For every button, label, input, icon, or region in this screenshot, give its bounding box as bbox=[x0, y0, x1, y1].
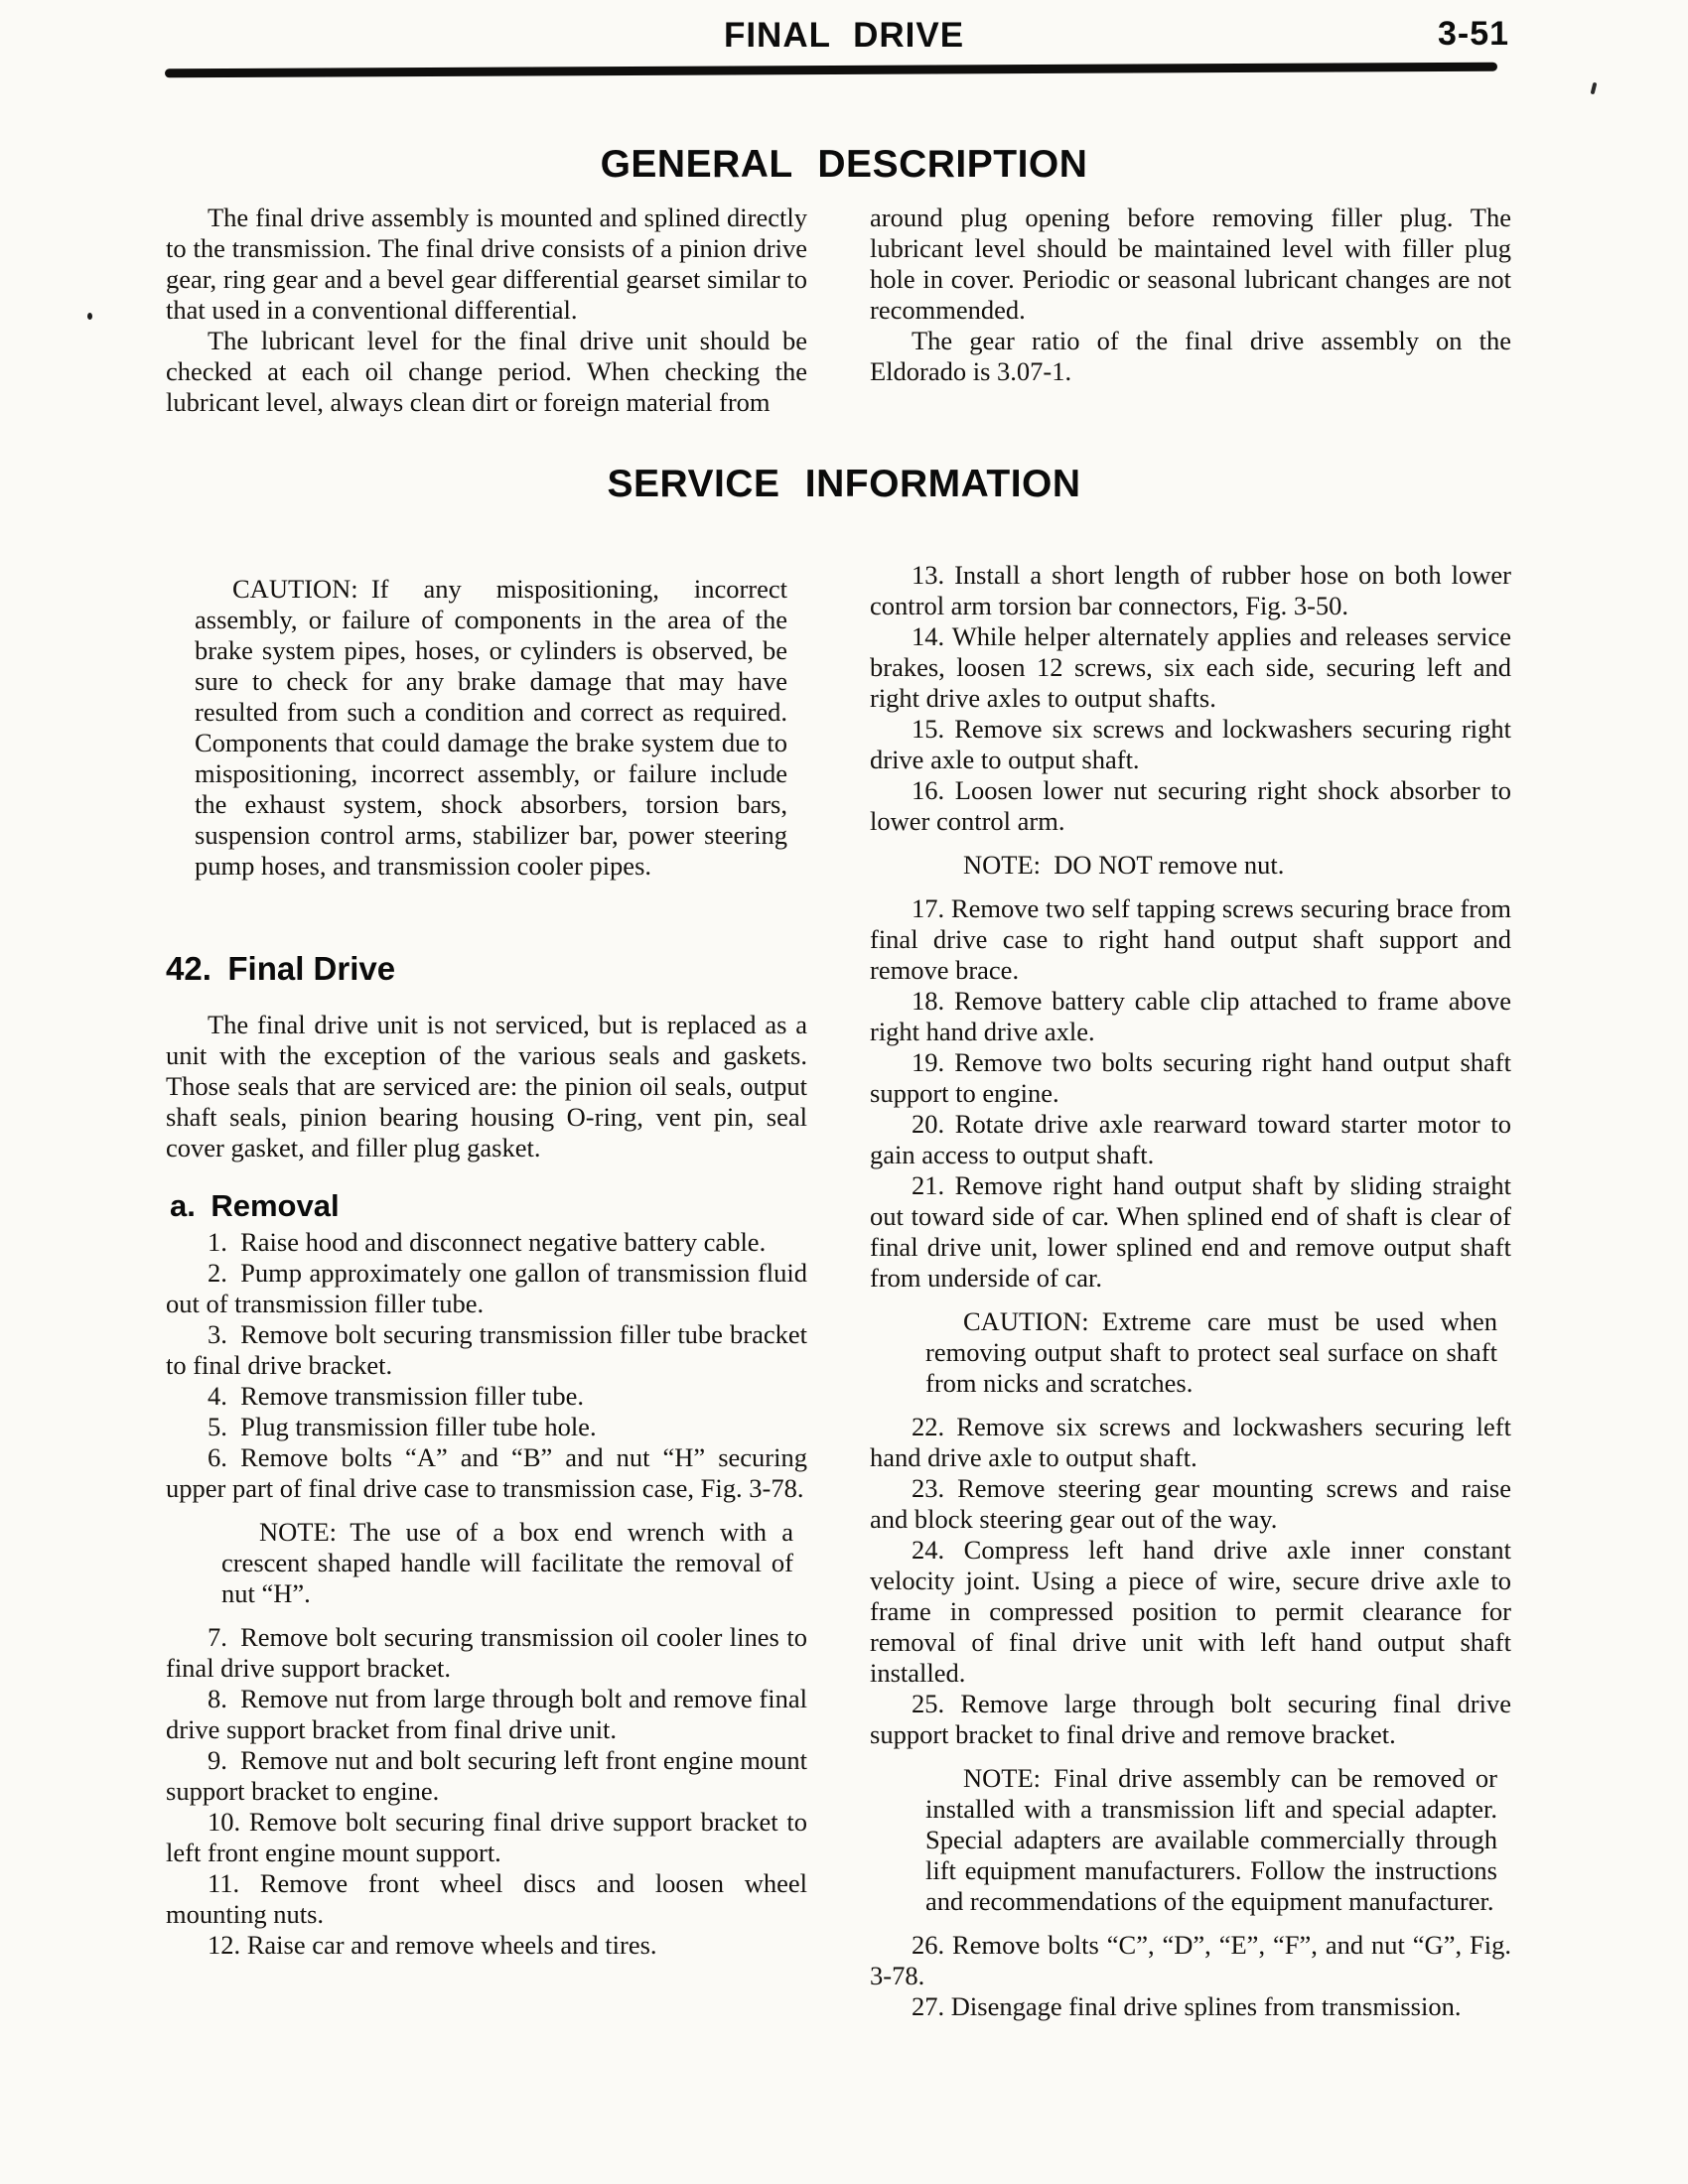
note-block: NOTE: DO NOT remove nut. bbox=[925, 850, 1497, 881]
note-block: NOTE: Final drive assembly can be remove… bbox=[925, 1763, 1497, 1917]
caution-block: CAUTION: If any mispositioning, incorrec… bbox=[195, 574, 787, 882]
step-item: 5. Plug transmission filler tube hole. bbox=[166, 1412, 807, 1442]
paragraph: The final drive assembly is mounted and … bbox=[166, 203, 807, 326]
scan-artifact-tick bbox=[1591, 82, 1598, 95]
step-item: 2. Pump approximately one gallon of tran… bbox=[166, 1258, 807, 1319]
final-drive-section-heading: 42. Final Drive bbox=[166, 953, 807, 984]
step-item: 24. Compress left hand drive axle inner … bbox=[870, 1535, 1511, 1689]
paragraph: around plug opening before removing fill… bbox=[870, 203, 1511, 326]
page-number: 3-51 bbox=[1438, 15, 1509, 54]
manual-page: FINAL DRIVE 3-51 GENERAL DESCRIPTION The… bbox=[0, 0, 1688, 2184]
step-item: 7. Remove bolt securing transmission oil… bbox=[166, 1622, 807, 1684]
service-information-right-column: 13. Install a short length of rubber hos… bbox=[870, 560, 1511, 2022]
note-block: NOTE: The use of a box end wrench with a… bbox=[221, 1517, 793, 1609]
step-item: 14. While helper alternately applies and… bbox=[870, 621, 1511, 714]
step-item: 27. Disengage final drive splines from t… bbox=[870, 1991, 1511, 2022]
step-item: 11. Remove front wheel discs and loosen … bbox=[166, 1868, 807, 1930]
step-item: 17. Remove two self tapping screws secur… bbox=[870, 893, 1511, 986]
header-rule bbox=[165, 63, 1497, 78]
step-item: 20. Rotate drive axle rearward toward st… bbox=[870, 1109, 1511, 1170]
caution-block: CAUTION: Extreme care must be used when … bbox=[925, 1306, 1497, 1399]
paragraph: The final drive unit is not serviced, bu… bbox=[166, 1010, 807, 1163]
step-item: 21. Remove right hand output shaft by sl… bbox=[870, 1170, 1511, 1294]
step-item: 25. Remove large through bolt securing f… bbox=[870, 1689, 1511, 1750]
general-description-right-column: around plug opening before removing fill… bbox=[870, 203, 1511, 387]
step-item: 23. Remove steering gear mounting screws… bbox=[870, 1473, 1511, 1535]
step-item: 22. Remove six screws and lockwashers se… bbox=[870, 1412, 1511, 1473]
step-item: 1. Raise hood and disconnect negative ba… bbox=[166, 1227, 807, 1258]
step-item: 26. Remove bolts “C”, “D”, “E”, “F”, and… bbox=[870, 1930, 1511, 1991]
step-item: 18. Remove battery cable clip attached t… bbox=[870, 986, 1511, 1047]
general-description-left-column: The final drive assembly is mounted and … bbox=[166, 203, 807, 418]
step-item: 8. Remove nut from large through bolt an… bbox=[166, 1684, 807, 1745]
scan-artifact-dot bbox=[87, 313, 92, 320]
paragraph: The gear ratio of the final drive assemb… bbox=[870, 326, 1511, 387]
step-item: 6. Remove bolts “A” and “B” and nut “H” … bbox=[166, 1442, 807, 1504]
step-item: 10. Remove bolt securing final drive sup… bbox=[166, 1807, 807, 1868]
step-item: 19. Remove two bolts securing right hand… bbox=[870, 1047, 1511, 1109]
step-item: 13. Install a short length of rubber hos… bbox=[870, 560, 1511, 621]
paragraph: The lubricant level for the final drive … bbox=[166, 326, 807, 418]
step-item: 15. Remove six screws and lockwashers se… bbox=[870, 714, 1511, 775]
service-information-left-column: CAUTION: If any mispositioning, incorrec… bbox=[166, 574, 807, 1961]
removal-subheading: a. Removal bbox=[170, 1190, 807, 1221]
step-item: 3. Remove bolt securing transmission fil… bbox=[166, 1319, 807, 1381]
step-item: 4. Remove transmission filler tube. bbox=[166, 1381, 807, 1412]
step-item: 12. Raise car and remove wheels and tire… bbox=[166, 1930, 807, 1961]
step-item: 9. Remove nut and bolt securing left fro… bbox=[166, 1745, 807, 1807]
step-item: 16. Loosen lower nut securing right shoc… bbox=[870, 775, 1511, 837]
page-title: FINAL DRIVE bbox=[0, 16, 1688, 56]
service-information-heading: SERVICE INFORMATION bbox=[0, 463, 1688, 506]
general-description-heading: GENERAL DESCRIPTION bbox=[0, 143, 1688, 187]
